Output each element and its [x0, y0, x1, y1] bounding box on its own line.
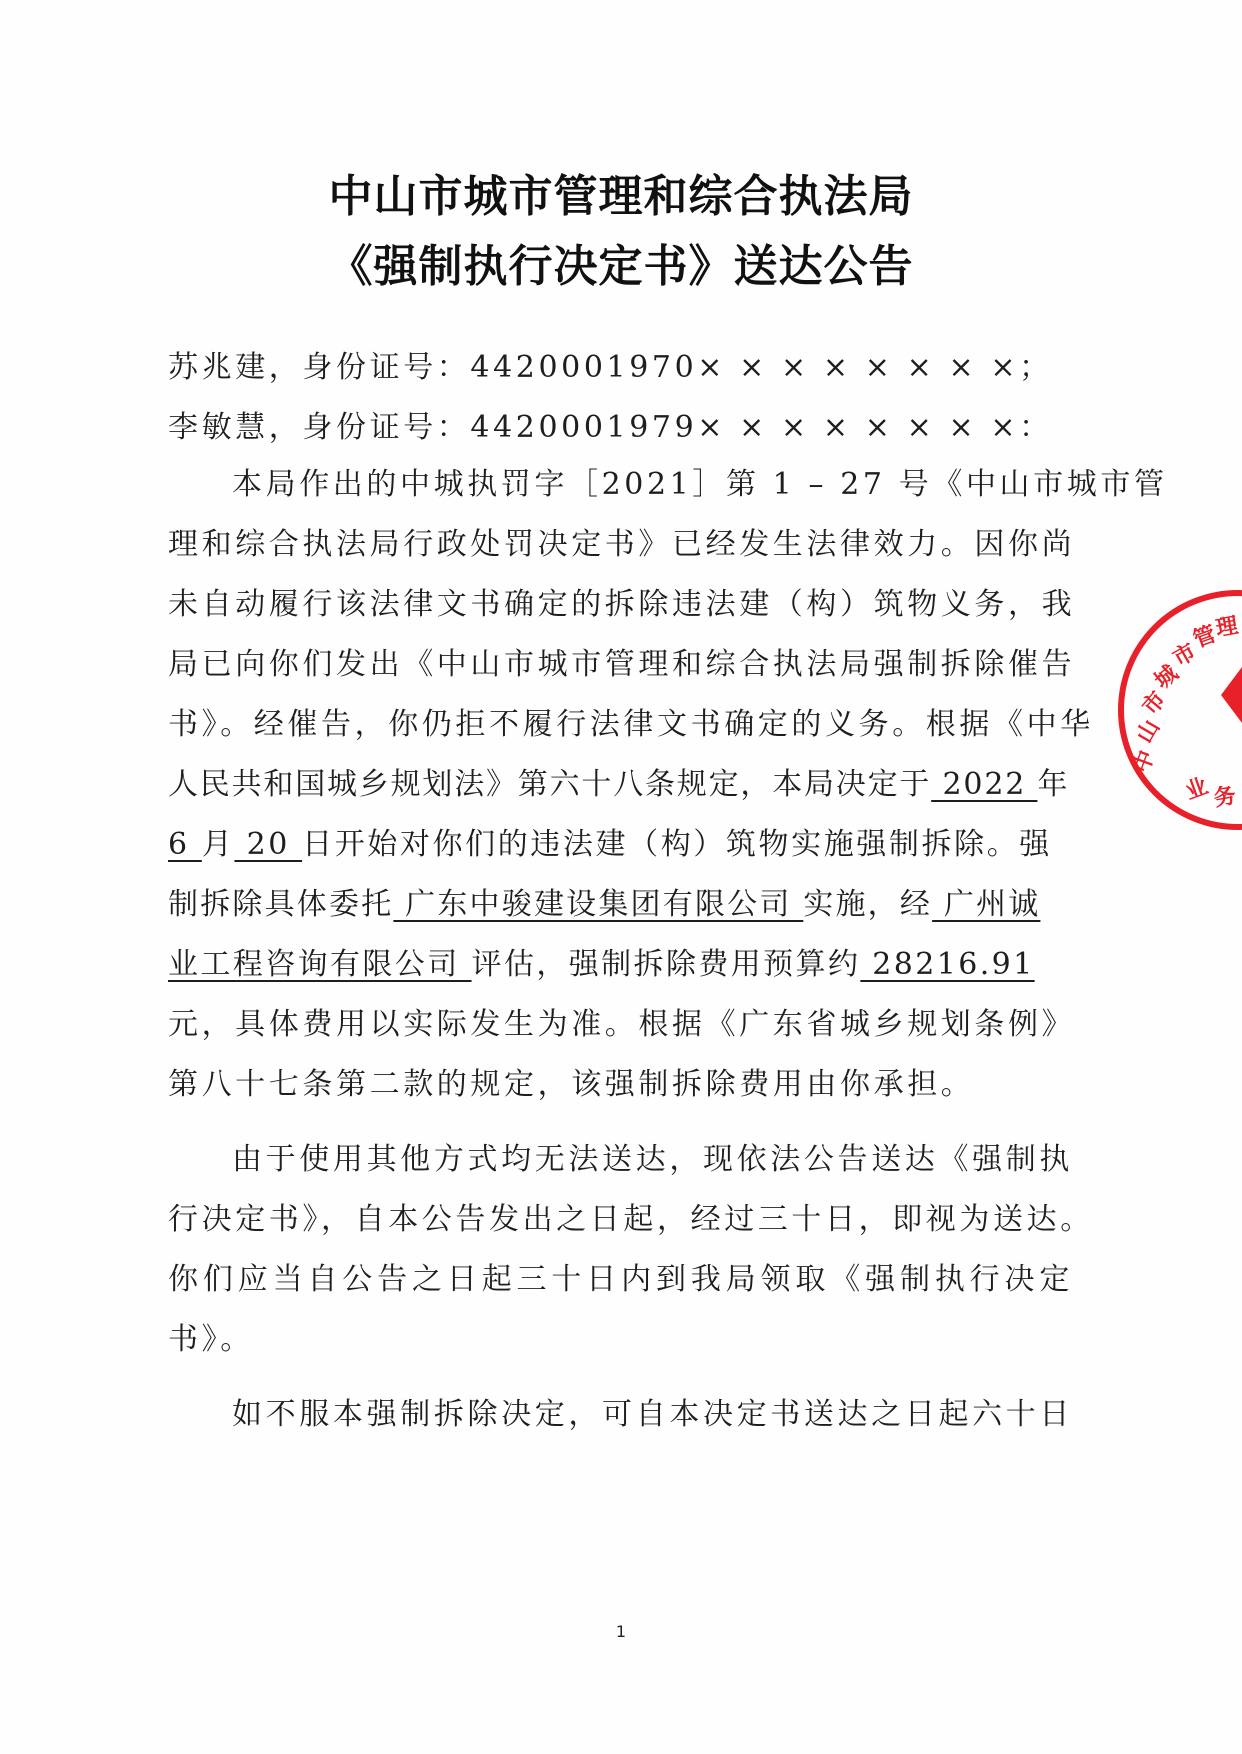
body-line-7: 6 月 20 日开始对你们的违法建（构）筑物实施强制拆除。强 — [168, 825, 1073, 865]
seal-text: 中 山 市 城 市 管 理 业 务 — [1130, 610, 1242, 820]
assessor-name-part1: 广州诚 — [932, 887, 1040, 922]
recipient-2: 李敏慧，身份证号：4420001979× × × × × × × ×： — [168, 408, 1073, 448]
para3-line-1: 如不服本强制拆除决定，可自本决定书送达之日起六十日 — [232, 1395, 1073, 1435]
line8-mid: 实施，经 — [803, 887, 932, 922]
line6-prefix: 人民共和国城乡规划法》第六十八条规定，本局决定于 — [168, 767, 931, 802]
contractor-name: 广东中骏建设集团有限公司 — [393, 887, 803, 922]
para2-line-4: 书》。 — [168, 1320, 1073, 1360]
body-line-5: 书》。经催告，你仍拒不履行法律文书确定的义务。根据《中华 — [168, 705, 1073, 745]
body-line-2: 理和综合执法局行政处罚决定书》已经发生法律效力。因你尚 — [168, 525, 1073, 565]
body-line-8: 制拆除具体委托 广东中骏建设集团有限公司 实施，经 广州诚 — [168, 885, 1073, 925]
demolition-year: 2022 — [931, 767, 1037, 802]
body-line-4: 局已向你们发出《中山市城市管理和综合执法局强制拆除催告 — [168, 645, 1073, 685]
body-line-9: 业工程咨询有限公司 评估，强制拆除费用预算约 28216.91 — [168, 945, 1073, 985]
body-line-3: 未自动履行该法律文书确定的拆除违法建（构）筑物义务，我 — [168, 585, 1073, 625]
para2-line-1: 由于使用其他方式均无法送达，现依法公告送达《强制执 — [232, 1140, 1073, 1180]
body-line-10: 元，具体费用以实际发生为准。根据《广东省城乡规划条例》 — [168, 1005, 1073, 1045]
document-title-line-1: 中山市城市管理和综合执法局 — [0, 160, 1242, 224]
recipient-1: 苏兆建，身份证号：4420001970× × × × × × × ×； — [168, 348, 1073, 388]
line9-mid: 评估，强制拆除费用预算约 — [472, 947, 861, 982]
month-label: 月 — [202, 827, 235, 862]
budget-amount: 28216.91 — [860, 947, 1034, 982]
demolition-month: 6 — [168, 827, 202, 862]
document-title-line-2: 《强制执行决定书》送达公告 — [0, 230, 1242, 294]
line8-prefix: 制拆除具体委托 — [168, 887, 393, 922]
demolition-day: 20 — [234, 827, 302, 862]
body-line-6: 人民共和国城乡规划法》第六十八条规定，本局决定于 2022 年 — [168, 765, 1073, 805]
body-line-11: 第八十七条第二款的规定，该强制拆除费用由你承担。 — [168, 1065, 1073, 1105]
para2-line-3: 你们应当自公告之日起三十日内到我局领取《强制执行决定 — [168, 1260, 1073, 1300]
document-page: 中山市城市管理和综合执法局 《强制执行决定书》送达公告 苏兆建，身份证号：442… — [0, 0, 1242, 1754]
assessor-name-part2: 业工程咨询有限公司 — [168, 947, 472, 982]
page-number: 1 — [0, 1622, 1242, 1641]
year-label: 年 — [1037, 767, 1069, 802]
line7-suffix: 日开始对你们的违法建（构）筑物实施强制拆除。强 — [302, 827, 1052, 862]
para2-line-2: 行决定书》，自本公告发出之日起，经过三十日，即视为送达。 — [168, 1200, 1073, 1240]
body-line-1: 本局作出的中城执罚字［2021］第 1 – 27 号《中山市城市管 — [232, 465, 1073, 505]
